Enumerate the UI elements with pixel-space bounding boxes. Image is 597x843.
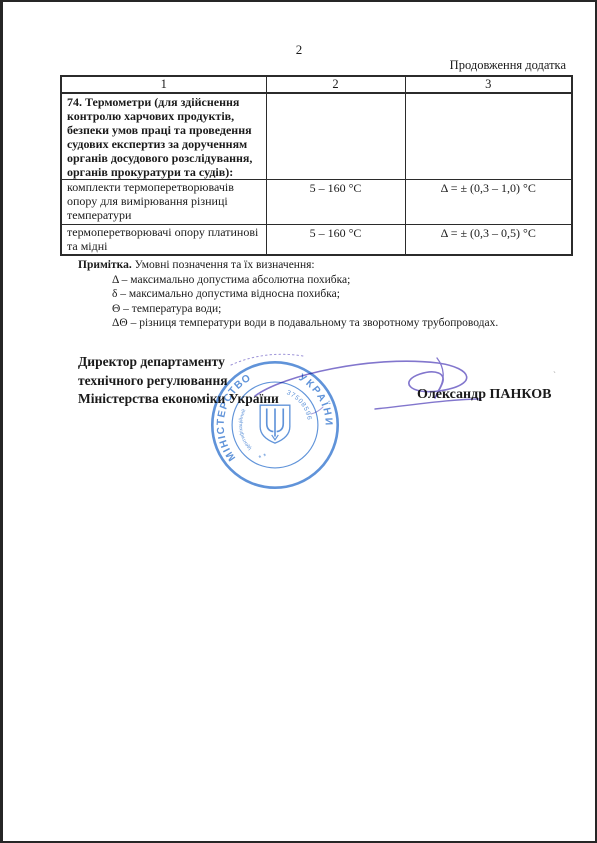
table-header-row: 1 2 3 [61,76,572,93]
error-cell [405,93,572,180]
stamp-separator-stars: * * [257,451,268,462]
instrument-name-cell: термоперетворювачі опору платинові та мі… [61,225,266,256]
scan-speck: ` [553,370,556,380]
note-item: Θ – температура води; [112,302,548,317]
measurement-table: 1 2 3 74. Термометри (для здійснення кон… [60,75,573,256]
column-header-2: 2 [266,76,405,93]
note-label: Примітка. [78,259,132,271]
table-row: термоперетворювачі опору платинові та мі… [61,225,572,256]
range-cell [266,93,405,180]
note-intro-line: Примітка. Умовні позначення та їх визнач… [78,258,548,273]
appendix-continuation-label: Продовження додатка [450,58,566,73]
note-item: Δ – максимально допустима абсолютна похи… [112,273,548,288]
table-row: комплекти термоперетворювачів опору для … [61,180,572,225]
document-page: 2 Продовження додатка 1 2 3 74. Термомет… [0,0,597,843]
note-block: Примітка. Умовні позначення та їх визнач… [78,258,548,331]
note-intro: Умовні позначення та їх визначення: [132,259,315,271]
instrument-name-cell: комплекти термоперетворювачів опору для … [61,180,266,225]
range-cell: 5 – 160 °С [266,225,405,256]
column-header-3: 3 [405,76,572,93]
error-cell: Δ = ± (0,3 – 0,5) °С [405,225,572,256]
note-item: δ – максимально допустима відносна похиб… [112,287,548,302]
page-number: 2 [3,42,595,58]
instrument-name-cell: 74. Термометри (для здійснення контролю … [61,93,266,180]
error-cell: Δ = ± (0,3 – 1,0) °С [405,180,572,225]
note-item: ΔΘ – різниця температури води в подаваль… [112,316,548,331]
column-header-1: 1 [61,76,266,93]
handwritten-signature [223,347,488,417]
range-cell: 5 – 160 °С [266,180,405,225]
table-row: 74. Термометри (для здійснення контролю … [61,93,572,180]
note-definitions: Δ – максимально допустима абсолютна похи… [78,273,548,331]
